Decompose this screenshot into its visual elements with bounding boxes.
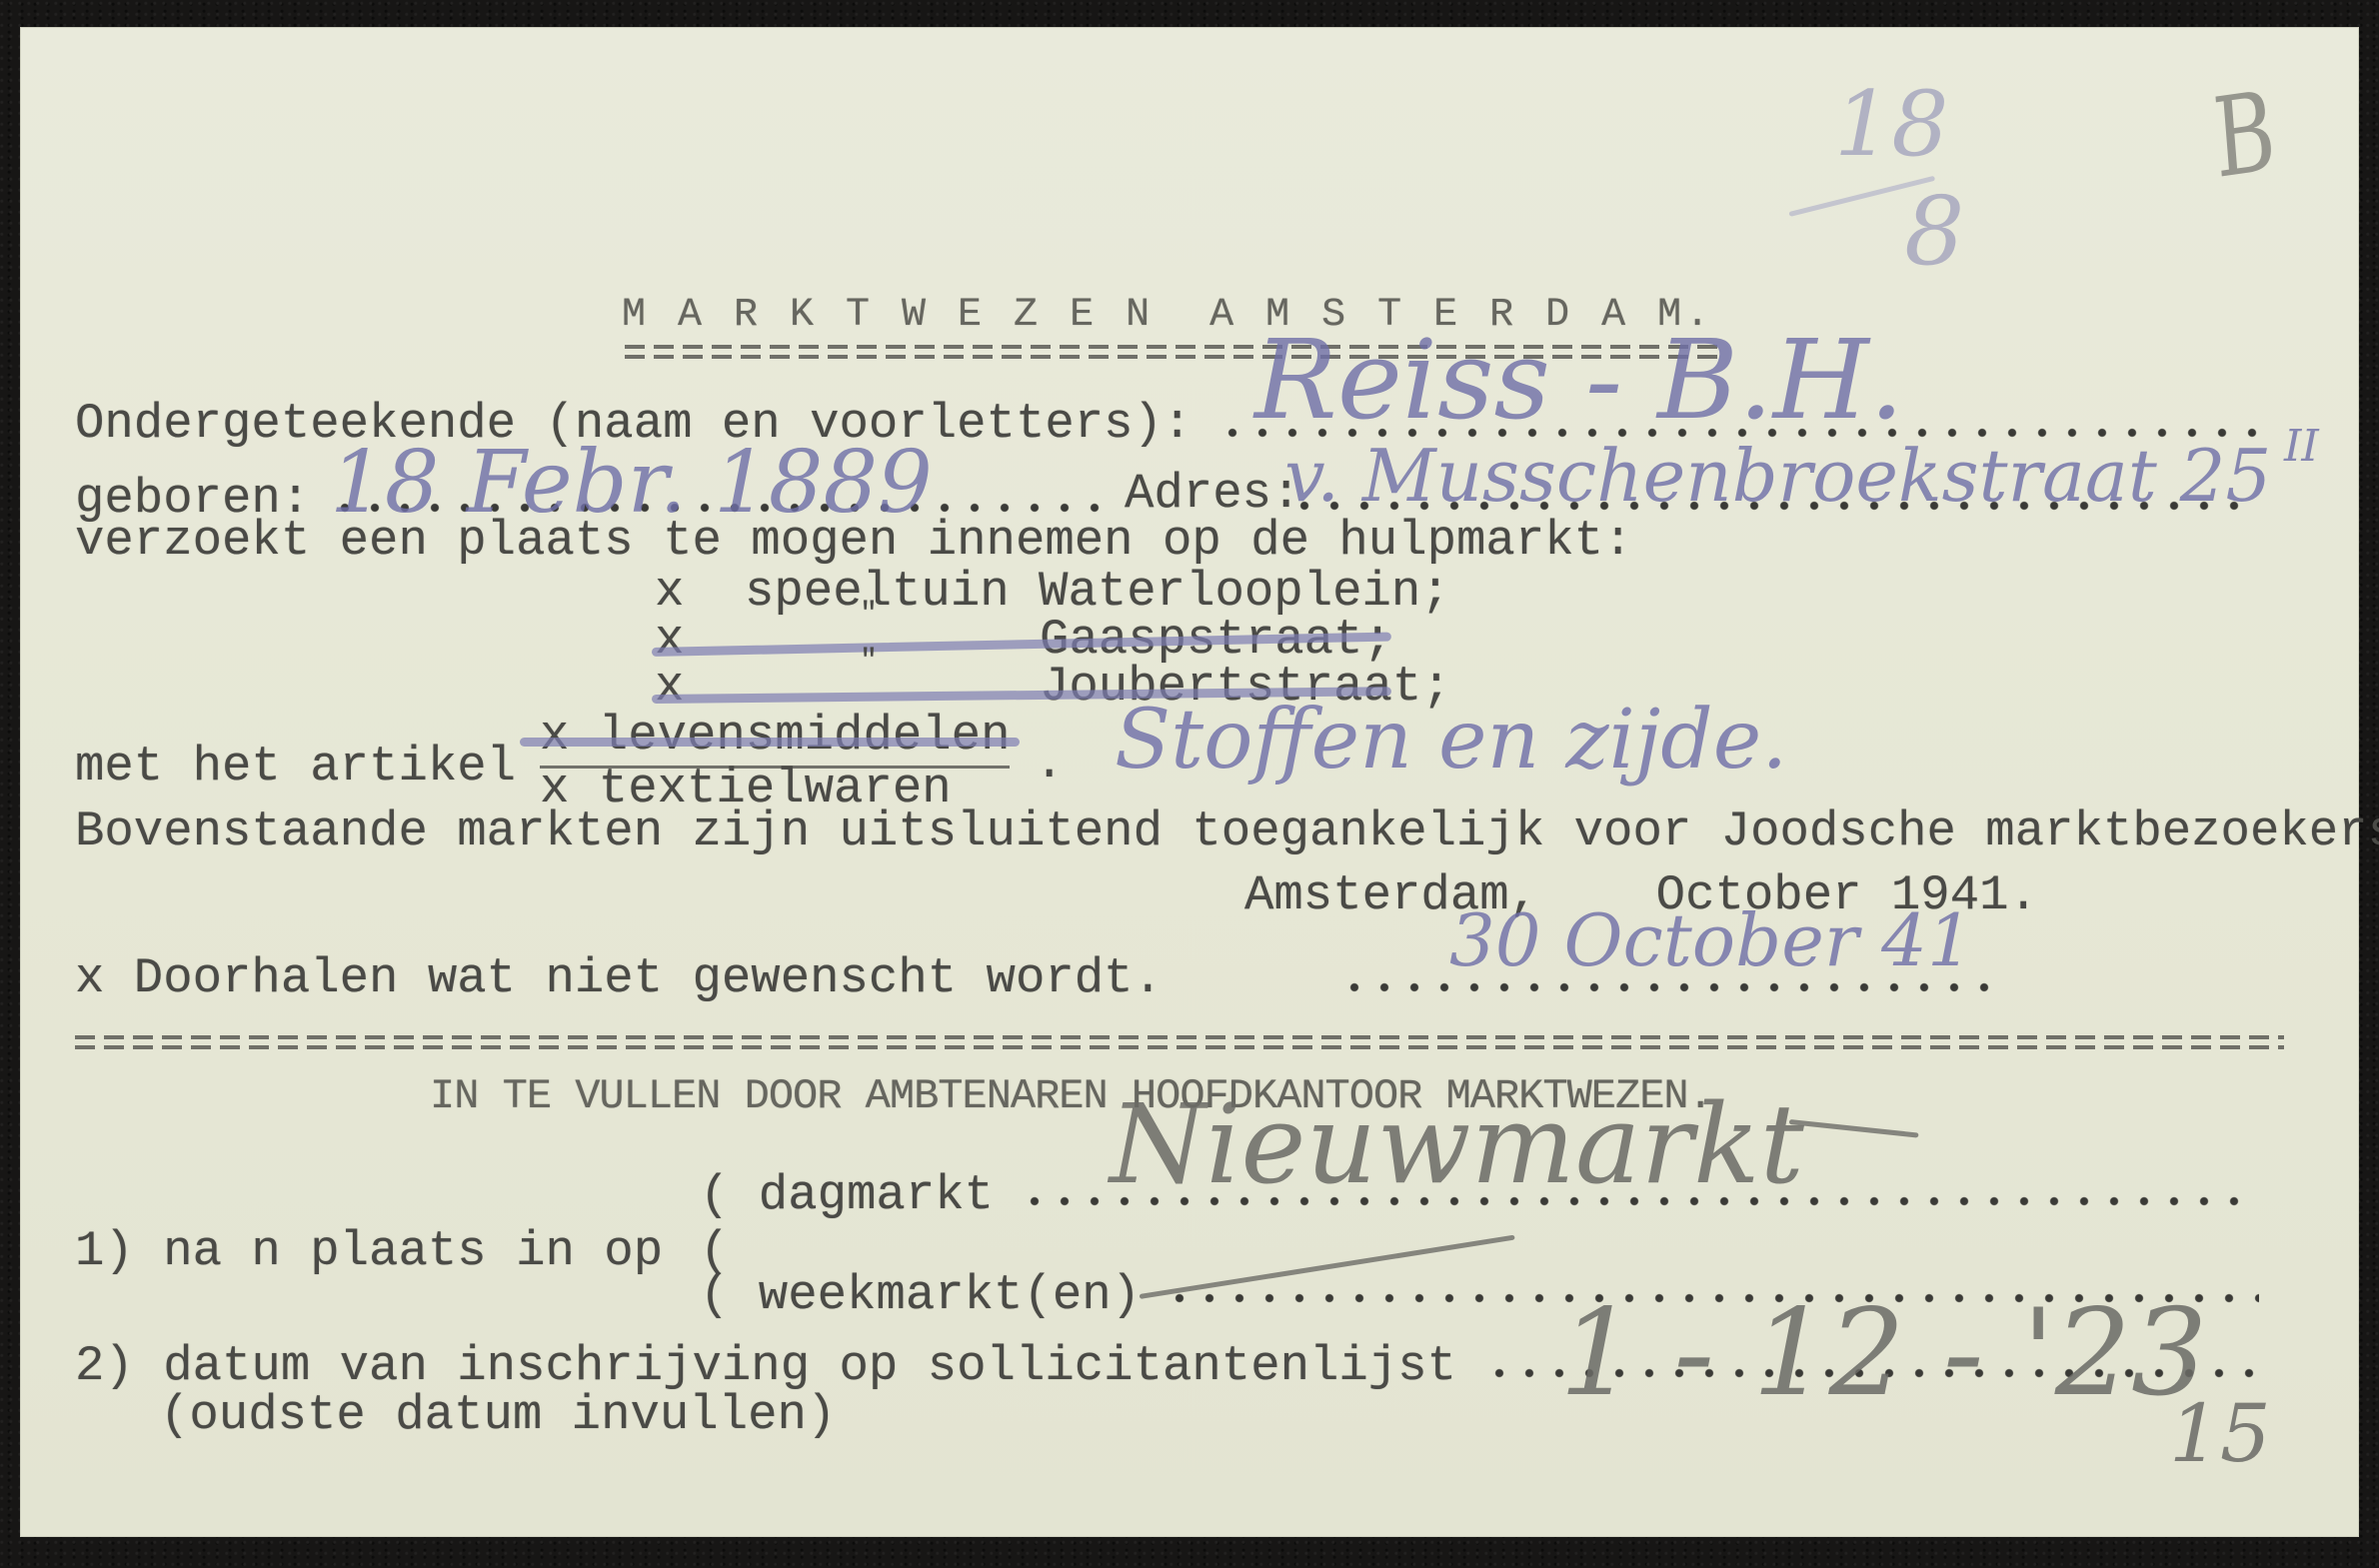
item2-note: (oudste datum invullen) [160, 1391, 836, 1440]
handwritten-signed-date: 30 October 41 [1449, 904, 1973, 976]
market-option-2-ditto: " [860, 600, 878, 630]
market-option-3-ditto: " [860, 647, 878, 677]
handwritten-registration-date: 1 - 12 - '23 [1559, 1294, 2207, 1414]
handwritten-address: v. Musschenbroekstraat 25 [1284, 440, 2271, 512]
handwritten-market-assigned: Nieuwmarkt [1110, 1089, 1804, 1199]
handwritten-name: Reiss - B.H. [1254, 325, 1904, 435]
market-option-3-marker[interactable]: x [655, 663, 684, 712]
signed-date-field[interactable] [1339, 981, 1999, 993]
section-separator [75, 1035, 2284, 1049]
item1-label: 1) na n plaats in op [75, 1227, 663, 1276]
item2-label: 2) datum van inschrijving op sollicitant… [75, 1342, 1456, 1391]
day-market-label: ( dagmarkt [700, 1171, 994, 1220]
address-label: Adres: [1125, 470, 1300, 519]
handwritten-bottom-note: 15 [2169, 1394, 2271, 1474]
market-option-2-marker[interactable]: x [655, 616, 684, 665]
handwritten-fraction-top: 18 [1834, 80, 1949, 170]
request-text: verzoekt een plaats te mogen innemen op … [75, 517, 1632, 566]
market-option-1-marker[interactable]: x [655, 568, 684, 617]
week-market-label: ( weekmarkt(en) [700, 1271, 1141, 1320]
strike-note: x Doorhalen wat niet gewenscht wordt. [75, 954, 1163, 1003]
article-option-food[interactable]: x levensmiddelen [540, 712, 1010, 761]
handwritten-fraction-bottom: 8 [1904, 185, 1964, 280]
article-food-strikethrough [520, 738, 1020, 747]
handwritten-address-floor: II [2284, 425, 2319, 469]
article-label: met het artikel [75, 743, 516, 791]
handwritten-article: Stoffen en zijde. [1115, 700, 1787, 782]
market-option-1[interactable]: speeltuin Waterlooplein; [745, 568, 1450, 617]
article-period: . [1035, 740, 1064, 788]
restriction-notice: Bovenstaande markten zijn uitsluitend to… [75, 807, 2379, 856]
handwritten-corner-initials: B [2210, 76, 2279, 194]
